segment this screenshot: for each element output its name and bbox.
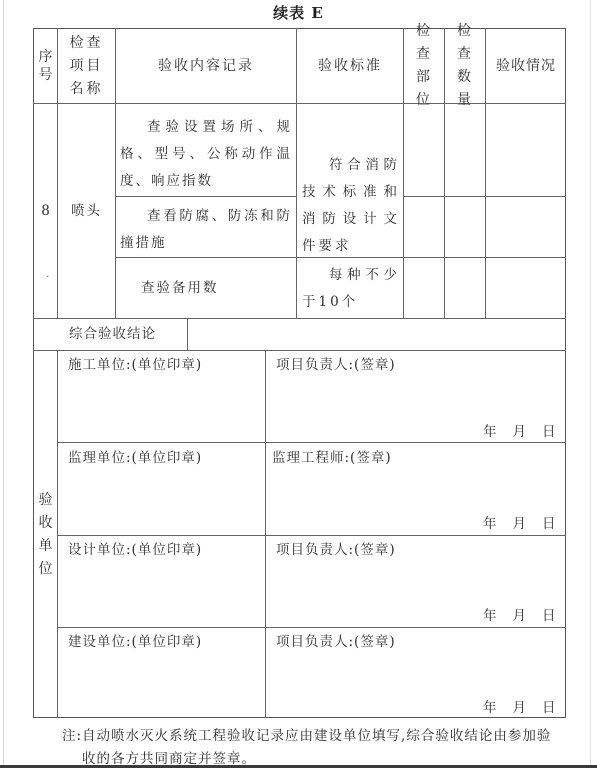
header-standard: 验收标准 xyxy=(297,29,403,103)
standard-cell: 每种不少于10个 xyxy=(302,262,400,316)
header-result: 验收情况 xyxy=(486,29,566,103)
header-item-name: 检查项目名称 xyxy=(58,29,115,103)
date-year: 年 xyxy=(483,424,497,440)
acceptance-units-label: 验收单位 xyxy=(34,351,57,718)
quantity-field[interactable] xyxy=(445,197,485,257)
row-seq-value: 8 xyxy=(41,198,50,225)
unit-divider xyxy=(57,627,566,628)
content-cell-text: 查验备用数 xyxy=(141,275,219,302)
construction-date: 年月日 xyxy=(483,420,556,440)
table-title: 续表 E xyxy=(0,2,597,23)
location-field[interactable] xyxy=(404,197,444,257)
content-cell: 查看防腐、防冻和防撞措施 xyxy=(120,203,292,257)
conclusion-label: 综合验收结论 xyxy=(34,319,187,350)
supervision-signer-label: 监理工程师:(签章) xyxy=(272,445,392,472)
header-seq: 序号 xyxy=(34,29,57,103)
conclusion-divider xyxy=(33,350,566,351)
result-field[interactable] xyxy=(486,258,566,318)
conclusion-field[interactable] xyxy=(188,319,566,350)
date-year: 年 xyxy=(483,516,497,532)
date-day: 日 xyxy=(542,516,556,532)
page-edge xyxy=(3,0,4,766)
footnote: 注:自动喷水灭火系统工程验收记录应由建设单位填写,综合验收结论由参加验 收的各方… xyxy=(62,725,572,768)
standard-cell: 符合消防技术标准和消防设计文件要求 xyxy=(302,152,400,260)
header-quantity-label: 检查数量 xyxy=(450,20,480,112)
header-content-label: 验收内容记录 xyxy=(158,55,254,78)
row-seq: 8 xyxy=(34,104,57,318)
header-seq-label: 序号 xyxy=(39,48,53,84)
design-unit-label: 设计单位:(单位印章) xyxy=(68,537,202,564)
sub-row-divider xyxy=(115,196,296,197)
design-signer-label: 项目负责人:(签章) xyxy=(276,537,396,564)
header-standard-label: 验收标准 xyxy=(318,55,382,78)
date-day: 日 xyxy=(542,608,556,624)
header-quantity: 检查数量 xyxy=(445,29,485,103)
content-cell: 查验设置场所、规格、型号、公称动作温度、响应指数 xyxy=(120,114,292,195)
quantity-field[interactable] xyxy=(445,258,485,318)
content-cell: 查验备用数 xyxy=(116,258,296,318)
footnote-line: 收的各方共同商定并签章。 xyxy=(62,748,572,768)
supervision-unit-label: 监理单位:(单位印章) xyxy=(68,445,202,472)
date-month: 月 xyxy=(513,516,527,532)
supervision-date: 年月日 xyxy=(483,512,556,532)
date-year: 年 xyxy=(483,700,497,716)
date-month: 月 xyxy=(513,608,527,624)
date-month: 月 xyxy=(513,700,527,716)
acceptance-units-label-text: 验收单位 xyxy=(39,489,53,581)
date-year: 年 xyxy=(483,608,497,624)
header-content: 验收内容记录 xyxy=(116,29,296,103)
conclusion-label-text: 综合验收结论 xyxy=(69,321,156,348)
design-date: 年月日 xyxy=(483,604,556,624)
date-day: 日 xyxy=(542,700,556,716)
date-month: 月 xyxy=(513,424,527,440)
construction-signer-label: 项目负责人:(签章) xyxy=(276,352,396,379)
col-divider xyxy=(57,350,58,718)
row-item-name-value: 喷头 xyxy=(71,198,102,225)
col-divider xyxy=(265,350,266,718)
result-field[interactable] xyxy=(486,104,566,196)
construction-unit-label: 施工单位:(单位印章) xyxy=(68,352,202,379)
result-field[interactable] xyxy=(486,197,566,257)
date-day: 日 xyxy=(542,424,556,440)
header-location-label: 检查部位 xyxy=(409,20,439,112)
location-field[interactable] xyxy=(404,104,444,196)
footnote-line: 注:自动喷水灭火系统工程验收记录应由建设单位填写,综合验收结论由参加验 xyxy=(62,725,572,748)
row-marker: · xyxy=(46,270,56,284)
unit-divider xyxy=(57,442,566,443)
owner-unit-label: 建设单位:(单位印章) xyxy=(68,629,202,656)
owner-signer-label: 项目负责人:(签章) xyxy=(276,629,396,656)
location-field[interactable] xyxy=(404,258,444,318)
header-location: 检查部位 xyxy=(404,29,444,103)
owner-date: 年月日 xyxy=(483,696,556,716)
unit-divider xyxy=(57,535,566,536)
quantity-field[interactable] xyxy=(445,104,485,196)
page-edge xyxy=(590,0,591,766)
header-item-name-label: 检查项目名称 xyxy=(64,32,109,101)
row-item-name: 喷头 xyxy=(58,104,115,318)
header-result-label: 验收情况 xyxy=(496,55,556,78)
